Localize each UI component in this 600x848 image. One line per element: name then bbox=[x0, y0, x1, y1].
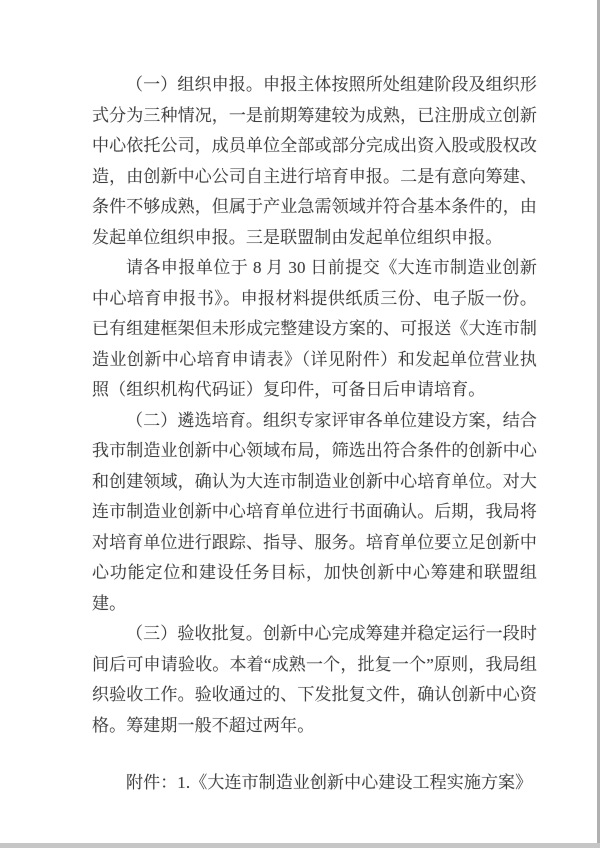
paragraph-acceptance-approval: （三）验收批复。创新中心完成筹建并稳定运行一段时间后可申请验收。本着“成熟一个，… bbox=[92, 619, 537, 741]
document-body: （一）组织申报。申报主体按照所处组建阶段及组织形式分为三种情况，一是前期筹建较为… bbox=[92, 70, 537, 799]
paragraph-organize-application: （一）组织申报。申报主体按照所处组建阶段及组织形式分为三种情况，一是前期筹建较为… bbox=[92, 70, 537, 253]
document-page: （一）组织申报。申报主体按照所处组建阶段及组织形式分为三种情况，一是前期筹建较为… bbox=[0, 0, 600, 848]
page-number: 3 bbox=[92, 773, 537, 789]
paragraph-submission-instructions: 请各申报单位于 8 月 30 日前提交《大连市制造业创新中心培育申报书》。申报材… bbox=[92, 253, 537, 406]
scan-edge-bottom bbox=[0, 843, 600, 848]
paragraph-selection-cultivation: （二）遴选培育。组织专家评审各单位建设方案，结合我市制造业创新中心领域布局，筛选… bbox=[92, 406, 537, 620]
